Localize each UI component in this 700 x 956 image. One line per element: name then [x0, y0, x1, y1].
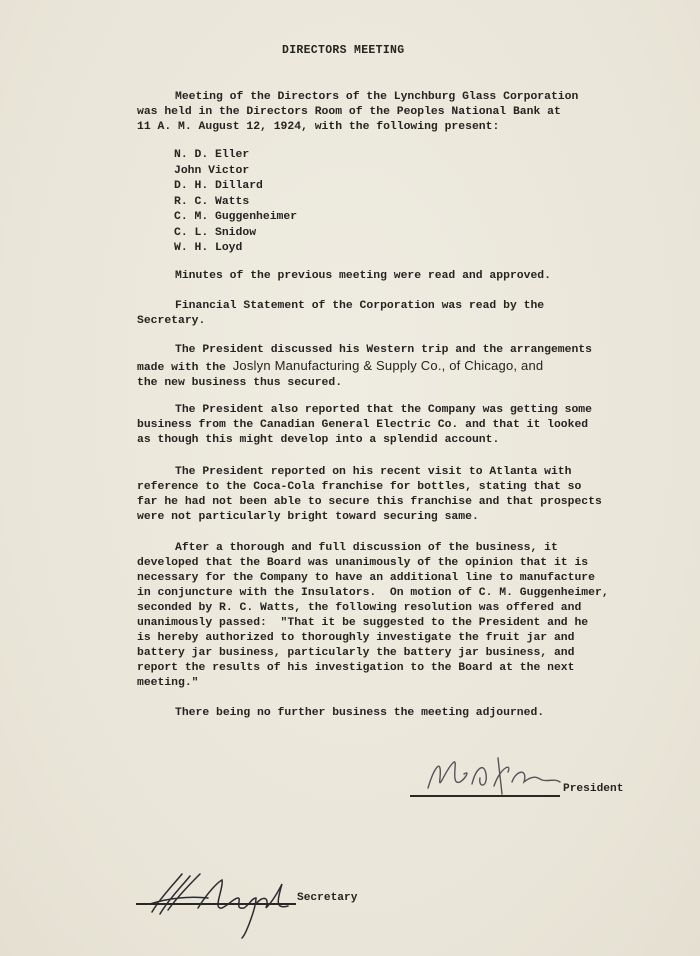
text-line: necessary for the Company to have an add…	[137, 571, 609, 586]
adjourned-paragraph: There being no further business the meet…	[137, 706, 544, 721]
text-line: unanimously passed: "That it be suggeste…	[137, 616, 609, 631]
resolution-paragraph: After a thorough and full discussion of …	[137, 541, 609, 691]
text-line: 11 A. M. August 12, 1924, with the follo…	[137, 120, 578, 135]
attendee: R. C. Watts	[174, 195, 297, 211]
president-signature	[420, 748, 570, 808]
text-line: After a thorough and full discussion of …	[137, 541, 609, 556]
attendee: C. L. Snidow	[174, 226, 297, 242]
text-line: developed that the Board was unanimously…	[137, 556, 609, 571]
canadian-paragraph: The President also reported that the Com…	[137, 403, 592, 448]
president-label: President	[563, 783, 623, 795]
minutes-paragraph: Minutes of the previous meeting were rea…	[137, 269, 551, 284]
text-line: The President also reported that the Com…	[137, 403, 592, 418]
text-fragment: made with the	[137, 362, 233, 374]
text-line: was held in the Directors Room of the Pe…	[137, 105, 578, 120]
text-line: the new business thus secured.	[137, 376, 592, 391]
text-line: Meeting of the Directors of the Lynchbur…	[137, 90, 578, 105]
attendees-list: N. D. Eller John Victor D. H. Dillard R.…	[174, 148, 297, 257]
text-line: is hereby authorized to thoroughly inves…	[137, 631, 609, 646]
text-line: far he had not been able to secure this …	[137, 495, 602, 510]
text-line: seconded by R. C. Watts, the following r…	[137, 601, 609, 616]
attendee: C. M. Guggenheimer	[174, 210, 297, 226]
attendee: John Victor	[174, 164, 297, 180]
president-signature-line	[410, 795, 560, 797]
attendee: N. D. Eller	[174, 148, 297, 164]
text-line: report the results of his investigation …	[137, 661, 609, 676]
text-line: The President discussed his Western trip…	[137, 343, 592, 358]
text-line: Secretary.	[137, 314, 544, 329]
document-title: DIRECTORS MEETING	[282, 44, 404, 57]
text-line: in conjuncture with the Insulators. On m…	[137, 586, 609, 601]
attendee: W. H. Loyd	[174, 241, 297, 257]
company-name: Joslyn Manufacturing & Supply Co., of Ch…	[233, 358, 544, 373]
text-line: The President reported on his recent vis…	[137, 465, 602, 480]
financial-paragraph: Financial Statement of the Corporation w…	[137, 299, 544, 329]
attendee: D. H. Dillard	[174, 179, 297, 195]
text-line: reference to the Coca-Cola franchise for…	[137, 480, 602, 495]
text-line: business from the Canadian General Elect…	[137, 418, 592, 433]
text-line: Minutes of the previous meeting were rea…	[137, 269, 551, 284]
text-line: were not particularly bright toward secu…	[137, 510, 602, 525]
document-page: DIRECTORS MEETING Meeting of the Directo…	[0, 0, 700, 956]
text-line: battery jar business, particularly the b…	[137, 646, 609, 661]
text-line: meeting."	[137, 676, 609, 691]
text-line: made with the Joslyn Manufacturing & Sup…	[137, 358, 592, 376]
secretary-signature-line	[136, 903, 296, 905]
secretary-label: Secretary	[297, 892, 357, 904]
intro-paragraph: Meeting of the Directors of the Lynchbur…	[137, 90, 578, 135]
atlanta-paragraph: The President reported on his recent vis…	[137, 465, 602, 525]
text-line: as though this might develop into a sple…	[137, 433, 592, 448]
western-trip-paragraph: The President discussed his Western trip…	[137, 343, 592, 391]
text-line: There being no further business the meet…	[137, 706, 544, 721]
text-line: Financial Statement of the Corporation w…	[137, 299, 544, 314]
